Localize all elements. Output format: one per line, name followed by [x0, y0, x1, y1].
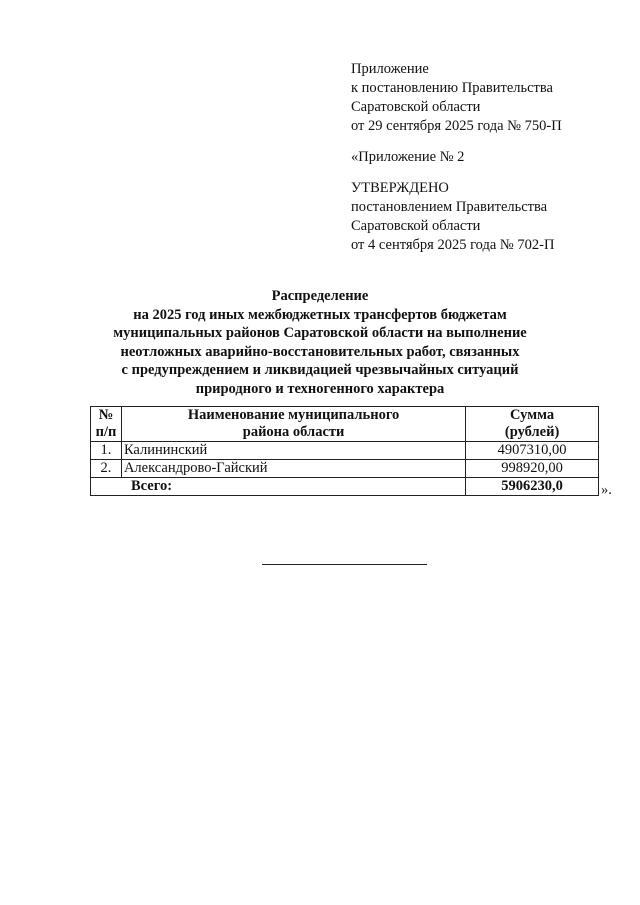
header-num: № п/п	[91, 407, 122, 442]
row-num: 2.	[91, 460, 122, 478]
title-line: с предупреждением и ликвидацией чрезвыча…	[90, 361, 550, 380]
row-name: Калининский	[121, 442, 465, 460]
table-header-row: № п/п Наименование муниципального района…	[91, 407, 599, 442]
total-label: Всего:	[91, 478, 466, 496]
title-line: на 2025 год иных межбюджетных трансферто…	[90, 306, 550, 325]
table-row: 1. Калининский 4907310,00	[91, 442, 599, 460]
row-sum: 4907310,00	[466, 442, 599, 460]
approved-line: постановлением Правительства	[351, 198, 631, 217]
row-num: 1.	[91, 442, 122, 460]
approved-line: от 4 сентября 2025 года № 702-П	[351, 236, 631, 255]
approval-line: к постановлению Правительства	[351, 79, 631, 98]
header-num-line1: №	[93, 407, 119, 424]
header-num-line2: п/п	[93, 424, 119, 441]
appendix-label: «Приложение № 2	[351, 148, 631, 167]
approval-line: Приложение	[351, 60, 631, 79]
header-name: Наименование муниципального района облас…	[121, 407, 465, 442]
row-name: Александрово-Гайский	[121, 460, 465, 478]
approval-line: Саратовской области	[351, 98, 631, 117]
title-line: природного и техногенного характера	[90, 380, 550, 399]
table-row: 2. Александрово-Гайский 998920,00	[91, 460, 599, 478]
approved-heading: УТВЕРЖДЕНО	[351, 179, 631, 198]
title-line: муниципальных районов Саратовской област…	[90, 324, 550, 343]
approval-block: Приложение к постановлению Правительства…	[351, 60, 631, 255]
header-sum-line2: (рублей)	[468, 424, 596, 441]
title-line: неотложных аварийно-восстановительных ра…	[90, 343, 550, 362]
distribution-table: № п/п Наименование муниципального района…	[90, 406, 599, 496]
table-total-row: Всего: 5906230,0	[91, 478, 599, 496]
approval-line: от 29 сентября 2025 года № 750-П	[351, 117, 631, 136]
header-name-line2: района области	[124, 424, 463, 441]
separator-line	[262, 564, 427, 565]
row-sum: 998920,00	[466, 460, 599, 478]
document-title: Распределение на 2025 год иных межбюджет…	[90, 287, 550, 398]
closing-quote: ».	[601, 482, 612, 499]
total-sum: 5906230,0	[466, 478, 599, 496]
header-sum: Сумма (рублей)	[466, 407, 599, 442]
title-line: Распределение	[90, 287, 550, 306]
header-name-line1: Наименование муниципального	[124, 407, 463, 424]
approved-line: Саратовской области	[351, 217, 631, 236]
header-sum-line1: Сумма	[468, 407, 596, 424]
